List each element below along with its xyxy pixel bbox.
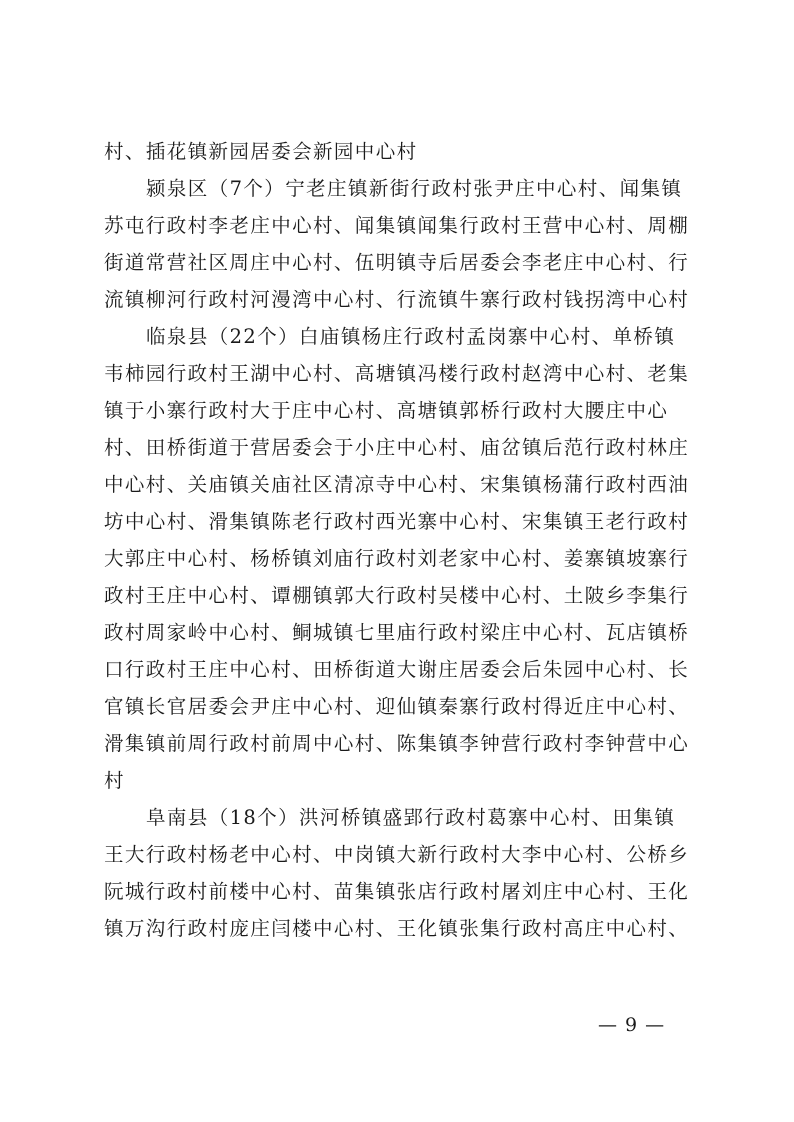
document-body: 村、插花镇新园居委会新园中心村 颍泉区（7个）宁老庄镇新街行政村张尹庄中心村、闻… <box>104 133 692 947</box>
text-line: 王大行政村杨老中心村、中岗镇大新行政村大李中心村、公桥乡 <box>104 836 692 873</box>
text-line: 村 <box>104 762 692 799</box>
text-line: 镇于小寨行政村大于庄中心村、高塘镇郭桥行政村大腰庄中心 <box>104 392 692 429</box>
text-line: 街道常营社区周庄中心村、伍明镇寺后居委会李老庄中心村、行 <box>104 244 692 281</box>
text-line: 镇万沟行政村庞庄闫楼中心村、王化镇张集行政村高庄中心村、 <box>104 910 692 947</box>
text-line: 口行政村王庄中心村、田桥街道大谢庄居委会后朱园中心村、长 <box>104 651 692 688</box>
document-page: 村、插花镇新园居委会新园中心村 颍泉区（7个）宁老庄镇新街行政村张尹庄中心村、闻… <box>0 0 794 1122</box>
text-line: 滑集镇前周行政村前周中心村、陈集镇李钟营行政村李钟营中心 <box>104 725 692 762</box>
paragraph-1: 村、插花镇新园居委会新园中心村 <box>104 133 692 170</box>
page-number: — 9 — <box>598 1012 668 1038</box>
text-line: 颍泉区（7个）宁老庄镇新街行政村张尹庄中心村、闻集镇 <box>104 170 692 207</box>
text-line: 官镇长官居委会尹庄中心村、迎仙镇秦寨行政村得近庄中心村、 <box>104 688 692 725</box>
text-line: 村、田桥街道于营居委会于小庄中心村、庙岔镇后范行政村林庄 <box>104 429 692 466</box>
text-line: 村、插花镇新园居委会新园中心村 <box>104 133 692 170</box>
text-line: 阜南县（18个）洪河桥镇盛郢行政村葛寨中心村、田集镇 <box>104 799 692 836</box>
text-line: 政村王庄中心村、谭棚镇郭大行政村吴楼中心村、土陂乡李集行 <box>104 577 692 614</box>
paragraph-linquan: 临泉县（22个）白庙镇杨庄行政村孟岗寨中心村、单桥镇 韦柿园行政村王湖中心村、高… <box>104 318 692 799</box>
text-line: 阮城行政村前楼中心村、苗集镇张店行政村屠刘庄中心村、王化 <box>104 873 692 910</box>
paragraph-yingquan: 颍泉区（7个）宁老庄镇新街行政村张尹庄中心村、闻集镇 苏屯行政村李老庄中心村、闻… <box>104 170 692 318</box>
text-line: 政村周家岭中心村、鲖城镇七里庙行政村梁庄中心村、瓦店镇桥 <box>104 614 692 651</box>
text-line: 韦柿园行政村王湖中心村、高塘镇冯楼行政村赵湾中心村、老集 <box>104 355 692 392</box>
text-line: 中心村、关庙镇关庙社区清凉寺中心村、宋集镇杨蒲行政村西油 <box>104 466 692 503</box>
text-line: 苏屯行政村李老庄中心村、闻集镇闻集行政村王营中心村、周棚 <box>104 207 692 244</box>
text-line: 流镇柳河行政村河漫湾中心村、行流镇牛寨行政村钱拐湾中心村 <box>104 281 692 318</box>
paragraph-funan: 阜南县（18个）洪河桥镇盛郢行政村葛寨中心村、田集镇 王大行政村杨老中心村、中岗… <box>104 799 692 947</box>
text-line: 坊中心村、滑集镇陈老行政村西光寨中心村、宋集镇王老行政村 <box>104 503 692 540</box>
text-line: 临泉县（22个）白庙镇杨庄行政村孟岗寨中心村、单桥镇 <box>104 318 692 355</box>
text-line: 大郭庄中心村、杨桥镇刘庙行政村刘老家中心村、姜寨镇坡寨行 <box>104 540 692 577</box>
